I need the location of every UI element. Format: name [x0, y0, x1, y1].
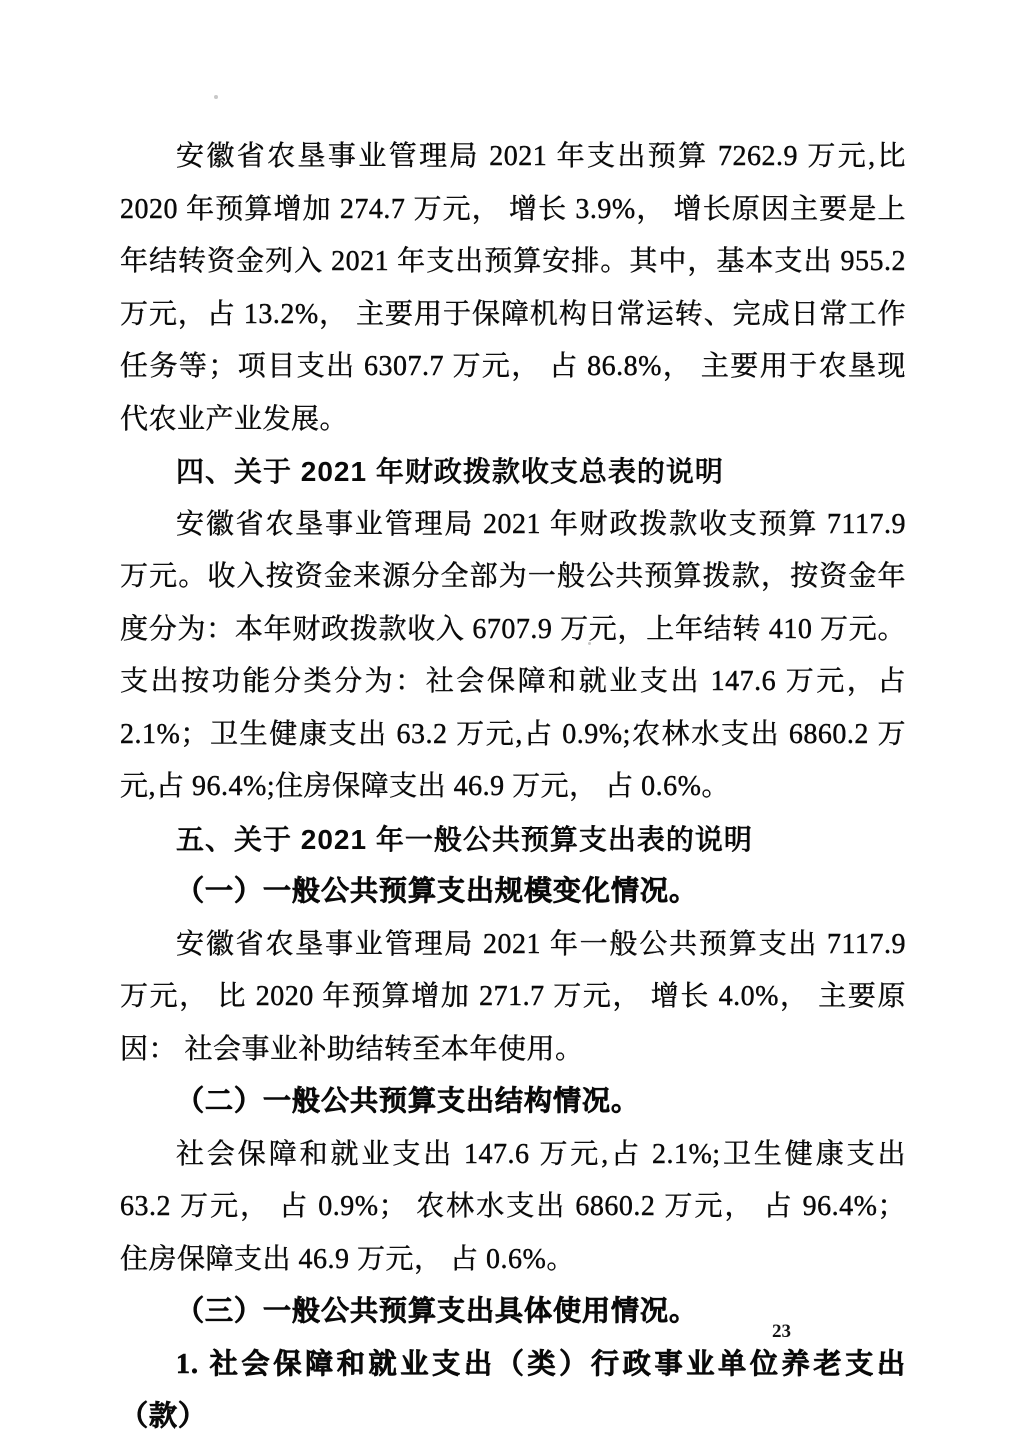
paragraph: 安徽省农垦事业管理局 2021 年财政拨款收支预算 7117.9 万元。收入按资…	[120, 499, 906, 814]
heading: 四、关于 2021 年财政拨款收支总表的说明	[120, 446, 906, 499]
paragraph: 安徽省农垦事业管理局 2021 年支出预算 7262.9 万元,比 2020 年…	[120, 131, 906, 446]
page-number: 23	[772, 1321, 791, 1343]
subheading: （二）一般公共预算支出结构情况。	[120, 1076, 906, 1129]
paragraph: 安徽省农垦事业管理局 2021 年一般公共预算支出 7117.9 万元， 比 2…	[120, 919, 906, 1077]
numbered: 1. 社会保障和就业支出（类）行政事业单位养老支出（款）	[120, 1339, 906, 1444]
scan-speck	[588, 642, 591, 645]
document-body: 安徽省农垦事业管理局 2021 年支出预算 7262.9 万元,比 2020 年…	[120, 131, 906, 1444]
heading: 五、关于 2021 年一般公共预算支出表的说明	[120, 814, 906, 867]
scan-speck	[214, 95, 218, 99]
scan-speck	[246, 1258, 249, 1261]
document-page: 安徽省农垦事业管理局 2021 年支出预算 7262.9 万元,比 2020 年…	[0, 0, 1024, 1447]
subheading: （一）一般公共预算支出规模变化情况。	[120, 866, 906, 919]
paragraph: 社会保障和就业支出 147.6 万元,占 2.1%;卫生健康支出 63.2 万元…	[120, 1129, 906, 1287]
